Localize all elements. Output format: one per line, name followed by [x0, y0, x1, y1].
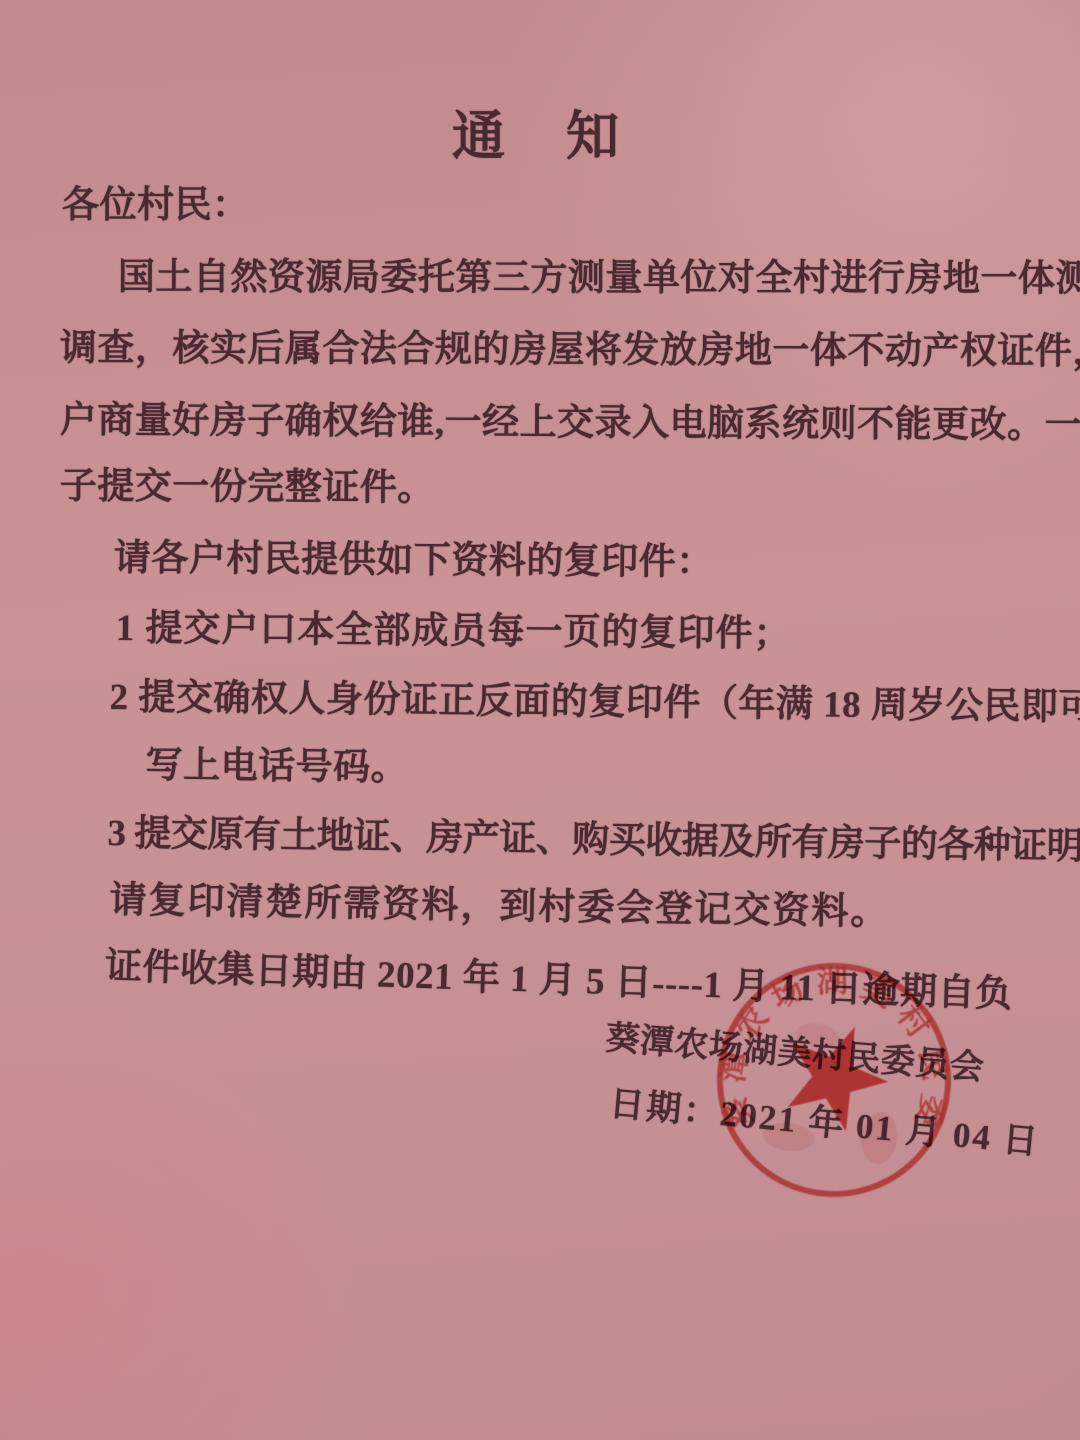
paragraph1-line1: 国土自然资源局委托第三方测量单位对全村进行房地一体测量 [118, 246, 1080, 302]
list-item-1: 1 提交户口本全部成员每一页的复印件； [116, 597, 792, 657]
paragraph1-line3: 户商量好房子确权给谁,一经上交录入电脑系统则不能更改。一栋房 [60, 389, 1080, 449]
salutation: 各位村民： [62, 174, 250, 228]
list-item-2-continuation: 写上电话号码。 [145, 734, 408, 791]
notice-title: 通 知 [452, 94, 623, 170]
notice-document-photo: 通 知 各位村民： 国土自然资源局委托第三方测量单位对全村进行房地一体测量 调查… [0, 0, 1080, 1440]
paragraph2-intro: 请各户村民提供如下资料的复印件： [114, 527, 714, 585]
list-item-3-continuation: 请复印清楚所需资料，到村委会登记交资料。 [109, 869, 890, 935]
list-item-2: 2 提交确权人身份证正反面的复印件（年满 18 周岁公民即可） [109, 666, 1080, 731]
paragraph1-line2: 调查，核实后属合法合规的房屋将发放房地一体不动产权证件，请各 [60, 317, 1080, 375]
list-item-3: 3 提交原有土地证、房产证、购买收据及所有房子的各种证明。 [107, 802, 1080, 870]
paragraph1-line4: 子提交一份完整证件。 [60, 455, 435, 511]
official-round-seal: 葵潭农场湖美村民委员会 [685, 931, 984, 1230]
